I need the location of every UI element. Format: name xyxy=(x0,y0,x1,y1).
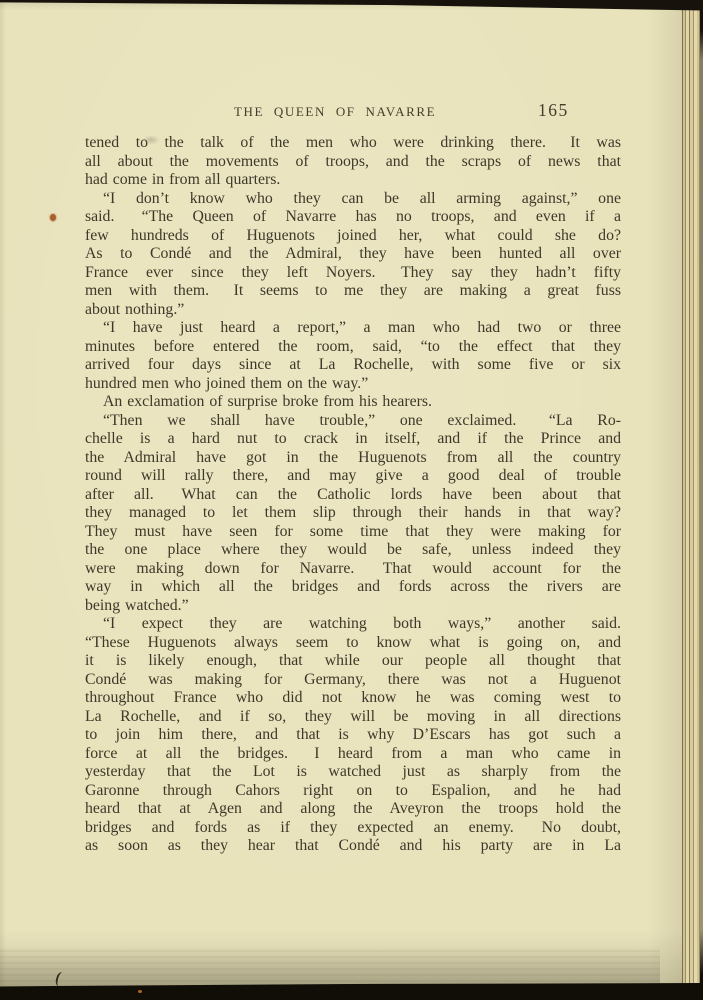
text-line: as soon as they hear that Condé and his … xyxy=(85,837,621,856)
text-line: about nothing.” xyxy=(85,301,621,320)
page-curvature-shading xyxy=(0,946,660,986)
text-line: the one place where they would be safe, … xyxy=(85,541,621,560)
text-line: France ever since they left Noyers. They… xyxy=(85,264,621,283)
text-line: force at all the bridges. I heard from a… xyxy=(85,745,621,764)
text-line: “Then we shall have trouble,” one exclai… xyxy=(85,412,621,431)
text-line: to join him there, and that is why D’Esc… xyxy=(85,726,621,745)
page-number: 165 xyxy=(538,100,569,121)
text-line: “I don’t know who they can be all arming… xyxy=(85,190,621,209)
text-line: An exclamation of surprise broke from hi… xyxy=(85,393,621,412)
text-line: being watched.” xyxy=(85,597,621,616)
text-line: As to Condé and the Admiral, they have b… xyxy=(85,245,621,264)
text-line: had come in from all quarters. xyxy=(85,171,621,190)
text-line: were making down for Navarre. That would… xyxy=(85,560,621,579)
text-line: La Rochelle, and if so, they will be mov… xyxy=(85,708,621,727)
text-line: Garonne through Cahors right on to Espal… xyxy=(85,782,621,801)
text-line: tened to the talk of the men who were dr… xyxy=(85,134,621,153)
text-line: bridges and fords as if they expected an… xyxy=(85,819,621,838)
text-line: chelle is a hard nut to crack in itself,… xyxy=(85,430,621,449)
text-line: “These Huguenots always seem to know wha… xyxy=(85,634,621,653)
text-line: throughout France who did not know he wa… xyxy=(85,689,621,708)
page-title: THE QUEEN OF NAVARRE xyxy=(234,104,436,120)
text-line: it is likely enough, that while our peop… xyxy=(85,652,621,671)
text-line: few hundreds of Huguenots joined her, wh… xyxy=(85,227,621,246)
dust-speck xyxy=(138,990,142,993)
text-line: “I have just heard a report,” a man who … xyxy=(85,319,621,338)
text-line: way in which all the bridges and fords a… xyxy=(85,578,621,597)
foxing-spot xyxy=(50,214,56,221)
text-line: yesterday that the Lot is watched just a… xyxy=(85,763,621,782)
text-line: “I expect they are watching both ways,” … xyxy=(85,615,621,634)
text-line: after all. What can the Catholic lords h… xyxy=(85,486,621,505)
running-head: THE QUEEN OF NAVARRE 165 xyxy=(0,103,687,123)
paper-smudge xyxy=(142,135,160,145)
text-line: all about the movements of troops, and t… xyxy=(85,153,621,172)
text-line: they managed to let them slip through th… xyxy=(85,504,621,523)
text-line: arrived four days since at La Rochelle, … xyxy=(85,356,621,375)
text-line: Condé was making for Germany, there was … xyxy=(85,671,621,690)
text-line: round will rally there, and may give a g… xyxy=(85,467,621,486)
text-line: hundred men who joined them on the way.” xyxy=(85,375,621,394)
text-line: heard that at Agen and along the Aveyron… xyxy=(85,800,621,819)
body-text: tened to the talk of the men who were dr… xyxy=(85,134,621,856)
text-line: They must have seen for some time that t… xyxy=(85,523,621,542)
text-line: the Admiral have got in the Huguenots fr… xyxy=(85,449,621,468)
book-page: THE QUEEN OF NAVARRE 165 tened to the ta… xyxy=(0,0,687,1000)
text-line: minutes before entered the room, said, “… xyxy=(85,338,621,357)
book-scan: THE QUEEN OF NAVARRE 165 tened to the ta… xyxy=(0,0,703,1000)
text-line: said. “The Queen of Navarre has no troop… xyxy=(85,208,621,227)
text-line: men with them. It seems to me they are m… xyxy=(85,282,621,301)
